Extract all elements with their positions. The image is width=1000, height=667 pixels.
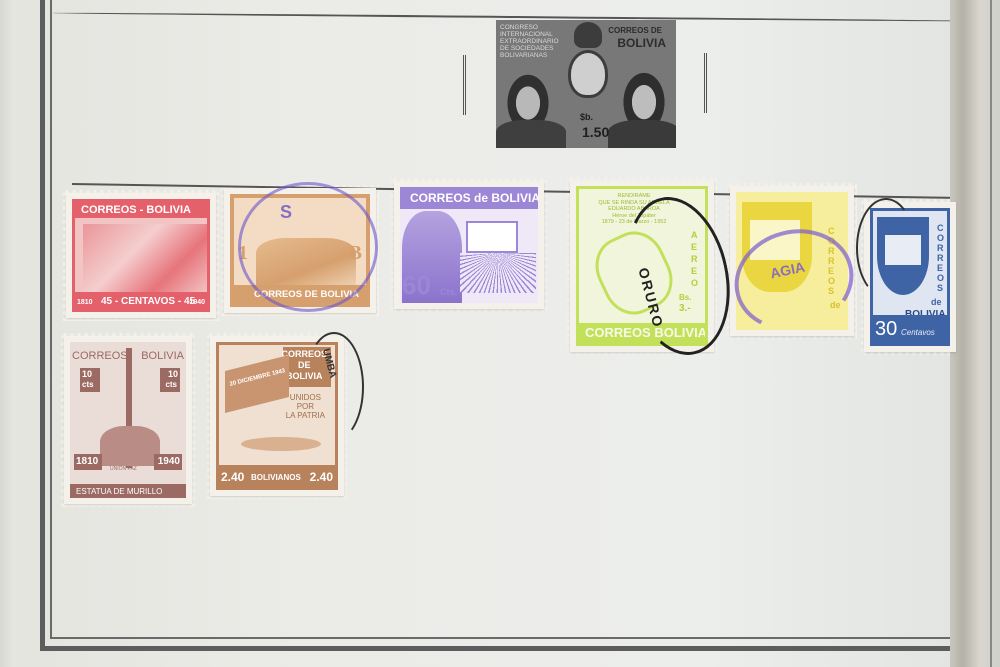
stamp-face: CORREOS DE BOLIVIA 20 DICIEMBRE 1943 UNI… xyxy=(216,342,338,490)
congress-caption: CONGRESO INTERNACIONAL EXTRAORDINARIO DE… xyxy=(500,24,559,59)
stamp-face: CORREOS BOLIVIA 10 cts 10 cts 1810 1940 … xyxy=(70,342,186,498)
stamp-value: 60 xyxy=(402,270,431,301)
stamp-brown-10-cts-murillo[interactable]: CORREOS BOLIVIA 10 cts 10 cts 1810 1940 … xyxy=(64,336,192,504)
crest-plumes-icon xyxy=(574,22,602,48)
stamp-red-45-centavos[interactable]: CORREOS - BOLIVIA 1810 45 - CENTAVOS - 4… xyxy=(66,193,216,318)
sun-rays xyxy=(460,253,536,293)
gutter-edge-line xyxy=(990,0,992,667)
printed-currency: $b. xyxy=(580,112,593,122)
book-illustration xyxy=(885,235,921,265)
stamp-green-aereo-3-bs[interactable]: RENDIRAME QUE SE RINDA SU ABUELA EDUARDO… xyxy=(570,180,714,352)
stamp-value: 30 xyxy=(875,318,897,341)
right-guide-mark xyxy=(704,53,707,113)
currency: Bs. xyxy=(679,293,691,302)
coat-of-arms-icon xyxy=(568,50,608,98)
open-book-icon xyxy=(466,221,518,253)
value-right: 10 xyxy=(168,369,178,379)
year-right: 1940 xyxy=(189,299,205,306)
value-right: 2.40 xyxy=(310,470,333,484)
stamp-orange-1-boliviano[interactable]: 1 B CORREOS DE BOLIVIA S xyxy=(224,188,376,313)
stamp-face: RENDIRAME QUE SE RINDA SU ABUELA EDUARDO… xyxy=(576,186,708,346)
stamp-unit: Cts. xyxy=(440,287,457,297)
stamp-value: 3.- xyxy=(679,303,691,314)
stamp-value-line: 45 - CENTAVOS - 45 xyxy=(101,296,195,307)
stamp-face: CORREOS de BOLIVIA 60 Cts. xyxy=(400,187,538,303)
stamp-yellow-correos[interactable]: CORREOS de AGIA xyxy=(730,186,854,336)
stamp-face: 1 B CORREOS DE BOLIVIA S xyxy=(230,194,370,307)
printed-header-country: BOLIVIA xyxy=(617,36,666,50)
stamp-footer: ESTATUA DE MURILLO xyxy=(76,487,162,496)
stamp-unit: Centavos xyxy=(901,328,935,337)
portrait-body-left xyxy=(496,120,566,148)
value-left: 1 xyxy=(238,242,248,265)
value-left: 2.40 xyxy=(221,470,244,484)
album-binding-gutter xyxy=(950,0,1000,667)
figure-illustration xyxy=(585,222,682,324)
header-left: CORREOS xyxy=(72,350,128,362)
abaroa-caption: RENDIRAME QUE SE RINDA SU ABUELA EDUARDO… xyxy=(589,193,679,226)
book-illustration xyxy=(750,220,800,260)
year-right: 1940 xyxy=(158,456,180,467)
stamp-face: CORREOS de BOLIVIA 30 Centavos xyxy=(870,208,950,346)
de-label: de xyxy=(931,297,942,307)
left-guide-mark xyxy=(463,55,466,115)
scene-illustration xyxy=(83,224,208,294)
header-right: BOLIVIA xyxy=(141,350,184,362)
stamp-header: CORREOS - BOLIVIA xyxy=(81,204,191,216)
printed-stamp-illustration: CONGRESO INTERNACIONAL EXTRAORDINARIO DE… xyxy=(496,20,676,148)
stamp-brown-2-40-bolivianos[interactable]: CORREOS DE BOLIVIA 20 DICIEMBRE 1943 UNI… xyxy=(210,336,344,496)
scene-illustration xyxy=(256,238,356,288)
unit-right: cts xyxy=(165,380,177,389)
currency-label: BOLIVIANOS xyxy=(251,473,301,482)
stamp-footer: CORREOS BOLIVIA xyxy=(585,325,707,340)
aereo-vertical: AEREO xyxy=(691,229,701,289)
motto: UNIDOS POR LA PATRIA xyxy=(286,393,325,420)
stamp-face: CORREOS - BOLIVIA 1810 45 - CENTAVOS - 4… xyxy=(72,199,210,312)
correos-vertical: CORREOS xyxy=(828,226,838,296)
stamp-footer: CORREOS DE BOLIVIA xyxy=(254,289,359,300)
postmark-letter: S xyxy=(280,202,292,223)
portrait-body-right xyxy=(608,120,676,148)
stamp-purple-60-cts[interactable]: CORREOS de BOLIVIA 60 Cts. xyxy=(394,181,544,309)
unit-left: cts xyxy=(82,380,94,389)
year-left: 1810 xyxy=(76,456,98,467)
value-left: 10 xyxy=(82,369,92,379)
printed-header-small: CORREOS DE xyxy=(608,26,662,35)
album-left-edge xyxy=(0,0,15,667)
printed-value: 1.50 xyxy=(582,124,609,140)
handshake-illustration xyxy=(241,437,321,451)
monument-figures xyxy=(100,426,160,466)
correos-vertical: CORREOS xyxy=(937,223,947,293)
stamp-blue-30-centavos[interactable]: CORREOS de BOLIVIA 30 Centavos xyxy=(864,202,956,352)
plinth-inscription: UNION PAZ xyxy=(110,466,137,472)
stamp-header: CORREOS de BOLIVIA xyxy=(410,191,538,205)
year-left: 1810 xyxy=(77,299,93,306)
value-right: B xyxy=(349,242,362,265)
de-label: de xyxy=(830,300,841,310)
